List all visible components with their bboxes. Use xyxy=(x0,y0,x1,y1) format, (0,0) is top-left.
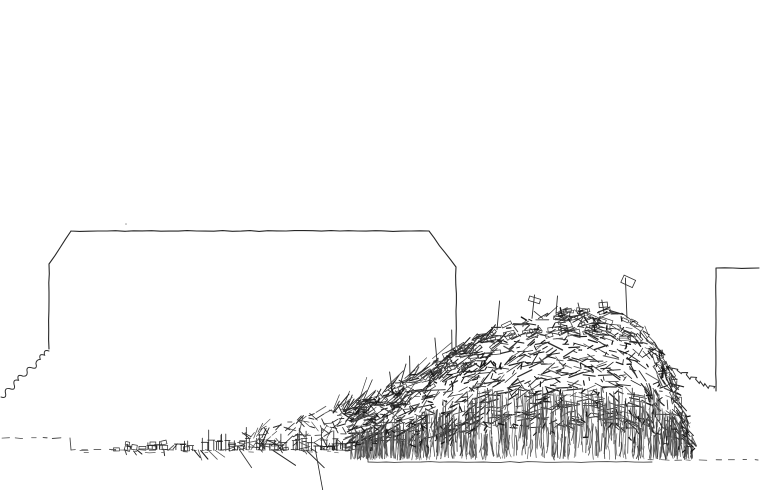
ink-speck xyxy=(125,223,127,225)
sketch-canvas xyxy=(0,0,760,490)
drawing-page xyxy=(0,0,760,490)
